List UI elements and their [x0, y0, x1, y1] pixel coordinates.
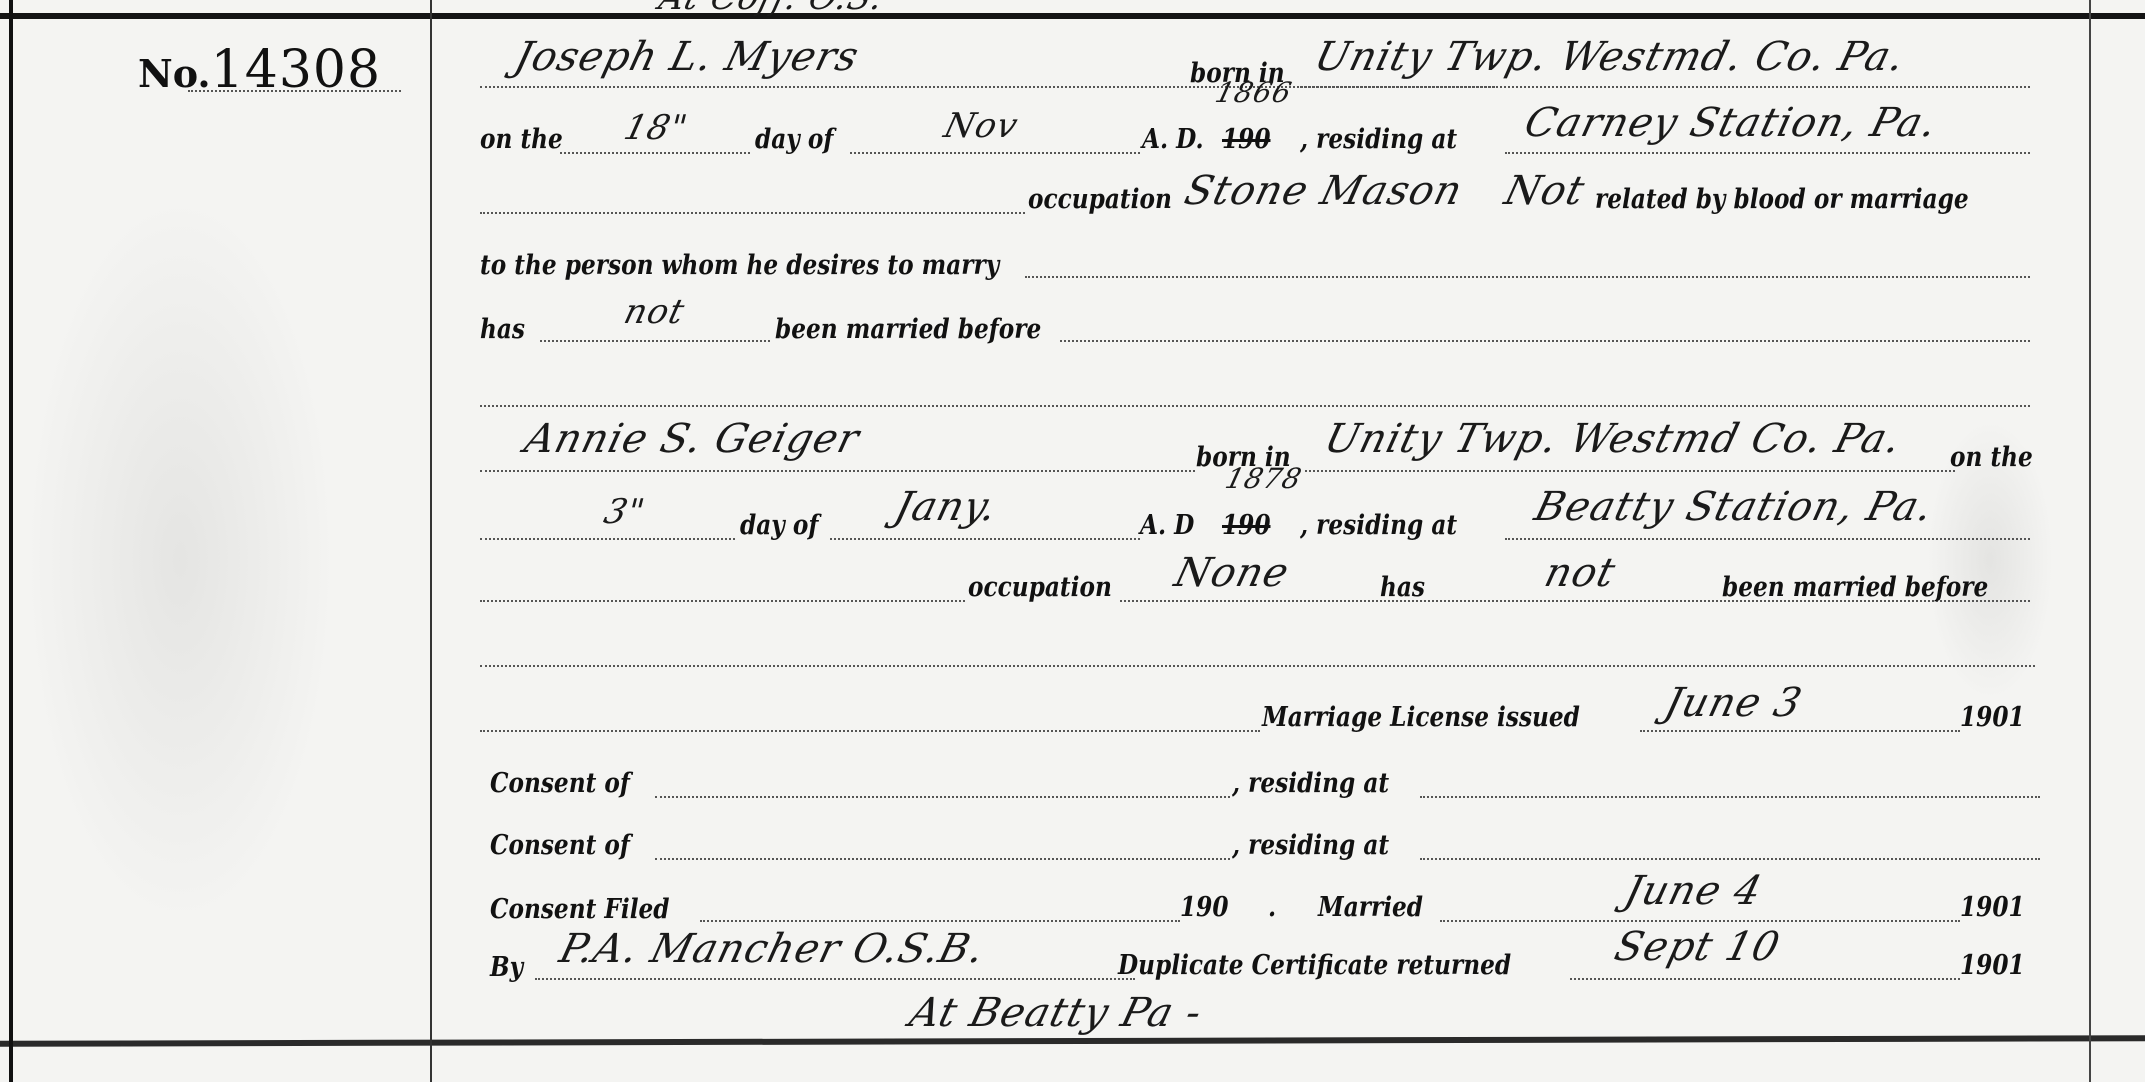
license-issued-date: June 3 [1660, 680, 1807, 726]
groom-birth-year: 1866 [1212, 76, 1295, 109]
license-date-line [1640, 730, 1960, 732]
license-issued-label: Marriage License issued [1262, 702, 1580, 733]
groom-month-line [850, 152, 1140, 154]
marriage-register-page: At Coff. O.S. No.14308 Joseph L. Myers b… [0, 0, 2145, 1082]
consent-2-residing-label: , residing at [1232, 830, 1389, 861]
groom-day-line [560, 152, 750, 154]
top-rule [0, 13, 2145, 19]
officiant-line [535, 978, 1135, 980]
groom-blank-line-3 [1060, 340, 2030, 342]
bride-blank-line-2 [480, 665, 2035, 667]
bride-married-before-label: been married before [1722, 572, 1988, 603]
bride-born-in-line [1305, 470, 1955, 472]
consent-filed-line [700, 920, 1180, 922]
column-divider [430, 0, 432, 1082]
bride-birth-year: 1878 [1222, 462, 1305, 495]
bride-has-label: has [1380, 572, 1425, 603]
bride-residence-line [1505, 538, 2030, 540]
groom-relation-label: related by blood or marriage [1595, 184, 1969, 215]
bride-residence: Beatty Station, Pa. [1530, 484, 1938, 530]
blank-separator-line [480, 405, 2030, 407]
married-label: Married [1318, 892, 1423, 923]
groom-residing-at-label: , residing at [1300, 124, 1457, 155]
consent-1-name-field[interactable] [655, 796, 1230, 798]
consent-1-residence-field[interactable] [1420, 796, 2040, 798]
bride-blank-line-1 [480, 600, 965, 602]
consent-filed-separator: . [1268, 892, 1276, 923]
groom-residence: Carney Station, Pa. [1520, 100, 1942, 146]
certificate-returned-year: 1901 [1960, 950, 2025, 981]
groom-married-before-value: not [620, 292, 689, 332]
certificate-date-line [1570, 978, 1960, 980]
marriage-place: At Beatty Pa - [905, 990, 1207, 1036]
right-margin-line [2089, 0, 2091, 1082]
bride-married-before-value: not [1540, 550, 1620, 596]
groom-occupation: Stone Mason [1180, 168, 1467, 214]
record-number: No.14308 [138, 40, 381, 100]
bride-printed-year-struck: 190 [1222, 510, 1270, 541]
bride-residing-at-label: , residing at [1300, 510, 1457, 541]
bride-birth-month: Jany. [890, 484, 1002, 530]
license-leading-line [480, 730, 1260, 732]
groom-day-of-label: day of [755, 124, 833, 155]
groom-name: Joseph L. Myers [510, 34, 864, 80]
bride-name: Annie S. Geiger [520, 416, 864, 462]
bride-name-line [480, 470, 1195, 472]
consent-1-label: Consent of [490, 768, 630, 799]
header-handwriting: At Coff. O.S. [655, 0, 888, 18]
groom-birth-day: 18" [620, 108, 692, 148]
groom-blank-line-2 [1025, 276, 2030, 278]
bottom-rule [0, 1035, 2145, 1047]
groom-on-the-label: on the [480, 124, 563, 155]
married-date: June 4 [1620, 868, 1767, 914]
groom-occupation-label: occupation [1028, 184, 1172, 215]
married-date-line [1440, 920, 1960, 922]
certificate-returned-label: Duplicate Certificate returned [1118, 950, 1511, 981]
groom-blank-line-1 [480, 212, 1025, 214]
bride-occupation-label: occupation [968, 572, 1112, 603]
groom-born-in-value: Unity Twp. Westmd. Co. Pa. [1310, 34, 1910, 80]
married-year: 1901 [1960, 892, 2025, 923]
consent-2-residence-field[interactable] [1420, 858, 2040, 860]
left-margin-line [9, 0, 13, 1082]
record-number-underline [188, 90, 401, 92]
bride-ad-label: A. D [1140, 510, 1194, 541]
bride-day-line [480, 538, 735, 540]
consent-2-label: Consent of [490, 830, 630, 861]
certificate-returned-date: Sept 10 [1610, 924, 1785, 970]
groom-has-label: has [480, 314, 525, 345]
consent-filed-year-prefix: 190 [1180, 892, 1228, 923]
license-issued-year: 1901 [1960, 702, 2025, 733]
groom-born-in-line [1300, 86, 2030, 88]
bride-birth-day: 3" [600, 492, 649, 532]
groom-married-before-label: been married before [775, 314, 1041, 345]
groom-relation-value: Not [1500, 168, 1590, 214]
groom-residence-line [1505, 152, 2030, 154]
bride-day-of-label: day of [740, 510, 818, 541]
groom-printed-year-struck: 190 [1222, 124, 1270, 155]
by-label: By [490, 952, 523, 983]
groom-married-before-line [540, 340, 770, 342]
consent-2-name-field[interactable] [655, 858, 1230, 860]
consent-1-residing-label: , residing at [1232, 768, 1389, 799]
bride-born-in-value: Unity Twp. Westmd Co. Pa. [1320, 416, 1906, 462]
bride-occupation: None [1170, 550, 1294, 596]
groom-birth-month: Nov [940, 106, 1022, 146]
bride-month-line [830, 538, 1140, 540]
groom-ad-label: A. D. [1142, 124, 1204, 155]
officiant-name: P.A. Mancher O.S.B. [555, 926, 990, 972]
bride-on-the-label: on the [1950, 442, 2033, 473]
groom-relation-label-cont: to the person whom he desires to marry [480, 250, 999, 281]
consent-filed-label: Consent Filed [490, 894, 670, 925]
